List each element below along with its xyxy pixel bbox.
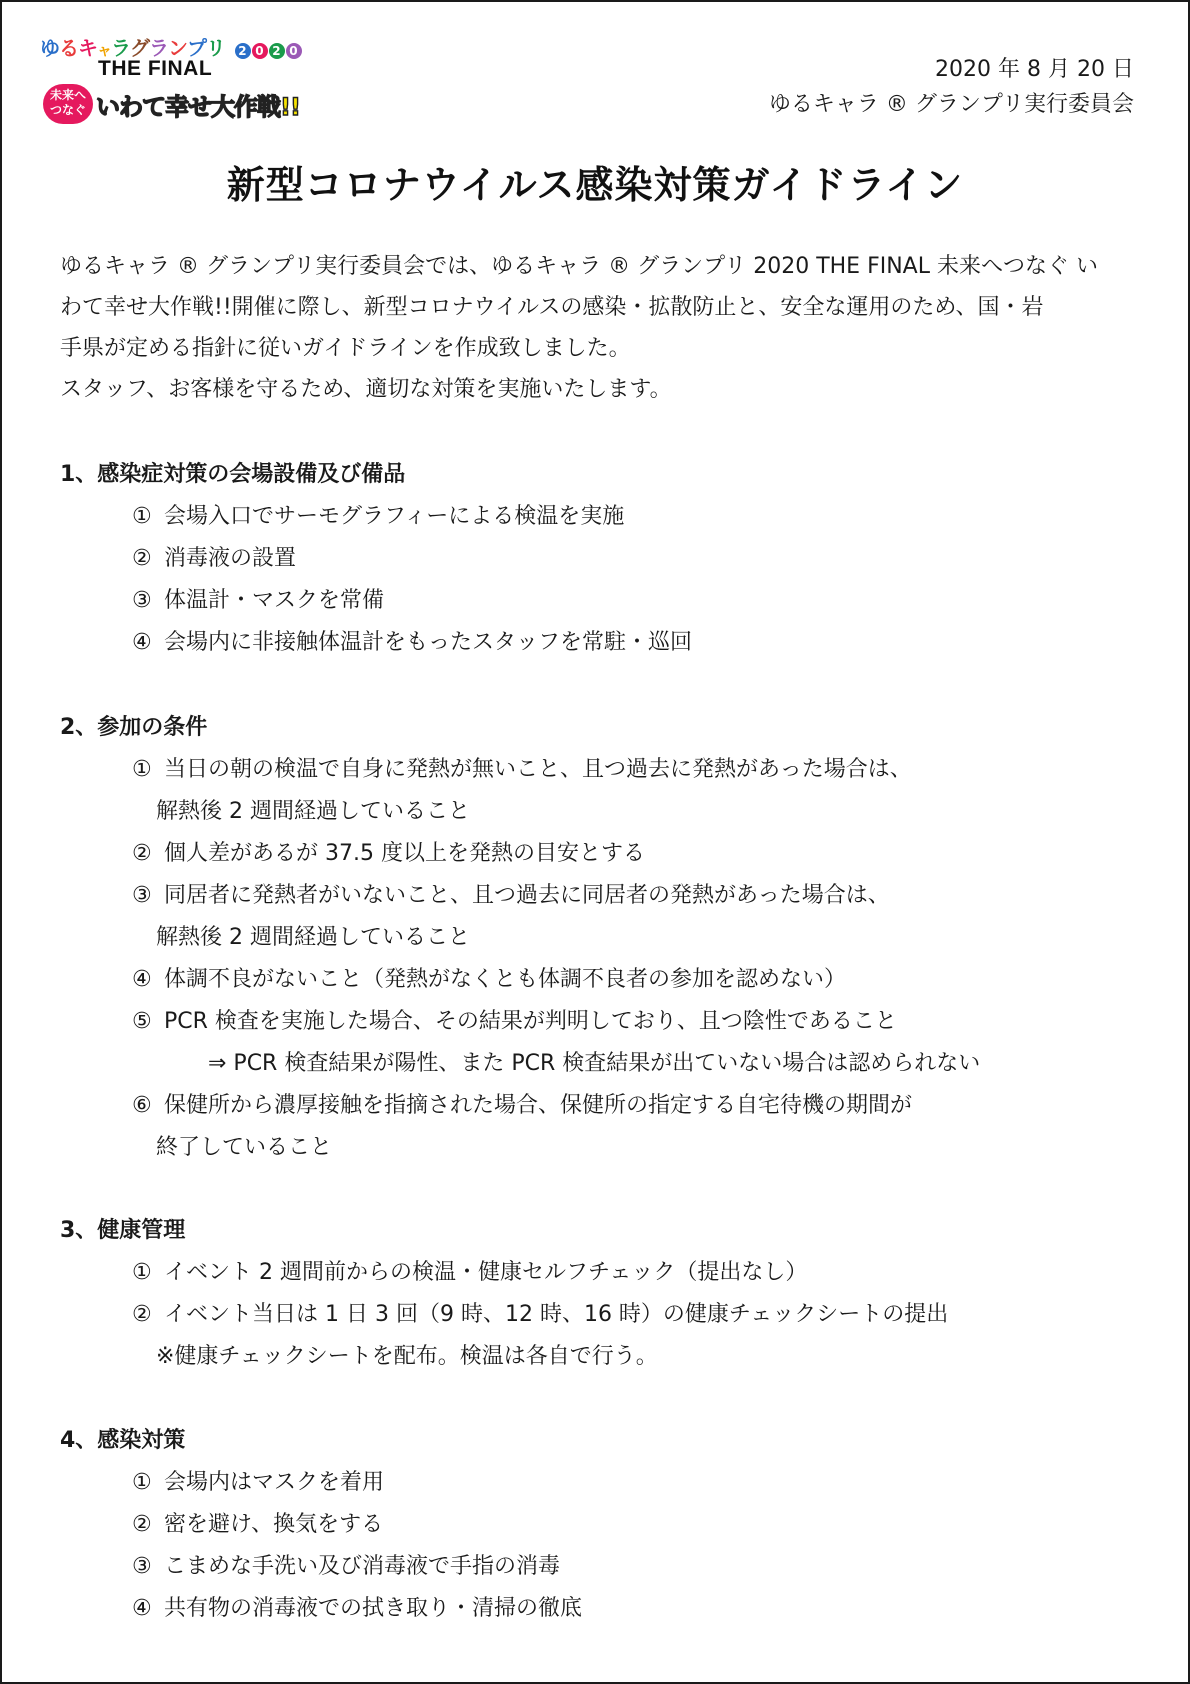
- list-item: ②消毒液の設置: [60, 538, 1140, 580]
- intro-paragraph: ゆるキャラ ® グランプリ実行委員会では、ゆるキャラ ® グランプリ 2020 …: [60, 246, 1140, 410]
- list-item: ①会場内はマスクを着用: [60, 1462, 1140, 1504]
- event-logo: ゆるキャラグランプリ 2020 THE FINAL 未来へ つなぐ いわて幸せ大…: [40, 32, 280, 127]
- logo-speech-bubble: 未来へ つなぐ: [43, 84, 93, 124]
- logo-char: る: [59, 32, 78, 61]
- item-text: 体調不良がないこと（発熱がなくとも体調不良者の参加を認めない）: [164, 967, 846, 992]
- item-text: 個人差があるが 37.5 度以上を発熱の目安とする: [164, 841, 645, 866]
- list-item: ④体調不良がないこと（発熱がなくとも体調不良者の参加を認めない）: [60, 959, 1140, 1001]
- item-continuation: 終了していること: [60, 1127, 1140, 1169]
- document-page: ゆるキャラグランプリ 2020 THE FINAL 未来へ つなぐ いわて幸せ大…: [0, 0, 1190, 1684]
- item-number: ①: [132, 749, 164, 791]
- item-text: イベント 2 週間前からの検温・健康セルフチェック（提出なし）: [164, 1260, 807, 1285]
- list-item: ③こまめな手洗い及び消毒液で手指の消毒: [60, 1546, 1140, 1588]
- intro-line: わて幸せ大作戦!!開催に際し、新型コロナウイルスの感染・拡散防止と、安全な運用の…: [60, 287, 1140, 328]
- year-digit: 0: [286, 43, 302, 59]
- list-item: ⑤PCR 検査を実施した場合、その結果が判明しており、且つ陰性であること: [60, 1001, 1140, 1043]
- item-continuation: 解熱後 2 週間経過していること: [60, 791, 1140, 833]
- item-number: ①: [132, 496, 164, 538]
- item-number: ⑥: [132, 1085, 164, 1127]
- bubble-line: つなぐ: [43, 103, 93, 118]
- logo-year: 2020: [235, 43, 303, 59]
- section-heading: 4、感染対策: [60, 1420, 1140, 1462]
- section-heading: 1、感染症対策の会場設備及び備品: [60, 454, 1140, 496]
- item-note: ⇒ PCR 検査結果が陽性、また PCR 検査結果が出ていない場合は認められない: [60, 1043, 1140, 1085]
- item-number: ⑤: [132, 1001, 164, 1043]
- list-item: ②密を避け、換気をする: [60, 1504, 1140, 1546]
- item-number: ③: [132, 1546, 164, 1588]
- year-digit: 0: [252, 43, 268, 59]
- logo-the-final: THE FINAL: [98, 57, 212, 81]
- item-number: ④: [132, 622, 164, 664]
- item-text: 共有物の消毒液での拭き取り・清掃の徹底: [164, 1596, 582, 1621]
- intro-line: スタッフ、お客様を守るため、適切な対策を実施いたします。: [60, 369, 1140, 410]
- item-text: 当日の朝の検温で自身に発熱が無いこと、且つ過去に発熱があった場合は、: [164, 757, 912, 782]
- item-text: 同居者に発熱者がいないこと、且つ過去に同居者の発熱があった場合は、: [164, 883, 890, 908]
- item-text: PCR 検査を実施した場合、その結果が判明しており、且つ陰性であること: [164, 1009, 897, 1034]
- section-heading: 3、健康管理: [60, 1210, 1140, 1252]
- item-text: 消毒液の設置: [164, 546, 296, 571]
- intro-line: ゆるキャラ ® グランプリ実行委員会では、ゆるキャラ ® グランプリ 2020 …: [60, 246, 1140, 287]
- item-text: 会場内に非接触体温計をもったスタッフを常駐・巡回: [164, 630, 692, 655]
- year-digit: 2: [235, 43, 251, 59]
- item-number: ④: [132, 959, 164, 1001]
- section-infection-control: 4、感染対策 ①会場内はマスクを着用 ②密を避け、換気をする ③こまめな手洗い及…: [60, 1420, 1140, 1630]
- item-number: ③: [132, 875, 164, 917]
- item-text: こまめな手洗い及び消毒液で手指の消毒: [164, 1554, 560, 1579]
- item-continuation: ※健康チェックシートを配布。検温は各自で行う。: [60, 1336, 1140, 1378]
- logo-slogan: いわて幸せ大作戦!!: [96, 87, 300, 122]
- slogan-part: 幸せ: [165, 93, 211, 121]
- list-item: ②イベント当日は 1 日 3 回（9 時、12 時、16 時）の健康チェックシー…: [60, 1294, 1140, 1336]
- logo-char: ゆ: [40, 32, 59, 61]
- list-item: ④共有物の消毒液での拭き取り・清掃の徹底: [60, 1588, 1140, 1630]
- list-item: ④会場内に非接触体温計をもったスタッフを常駐・巡回: [60, 622, 1140, 664]
- section-participation-conditions: 2、参加の条件 ①当日の朝の検温で自身に発熱が無いこと、且つ過去に発熱があった場…: [60, 707, 1140, 1169]
- item-continuation: 解熱後 2 週間経過していること: [60, 917, 1140, 959]
- section-venue-equipment: 1、感染症対策の会場設備及び備品 ①会場入口でサーモグラフィーによる検温を実施 …: [60, 454, 1140, 664]
- bubble-line: 未来へ: [43, 88, 93, 103]
- item-number: ②: [132, 1294, 164, 1336]
- document-date: 2020 年 8 月 20 日: [935, 52, 1134, 83]
- list-item: ①会場入口でサーモグラフィーによる検温を実施: [60, 496, 1140, 538]
- item-text: 会場内はマスクを着用: [164, 1470, 384, 1495]
- section-health-management: 3、健康管理 ①イベント 2 週間前からの検温・健康セルフチェック（提出なし） …: [60, 1210, 1140, 1378]
- item-text: 体温計・マスクを常備: [164, 588, 384, 613]
- section-heading: 2、参加の条件: [60, 707, 1140, 749]
- item-number: ③: [132, 580, 164, 622]
- item-number: ②: [132, 833, 164, 875]
- year-digit: 2: [269, 43, 285, 59]
- item-text: 保健所から濃厚接触を指摘された場合、保健所の指定する自宅待機の期間が: [164, 1093, 912, 1118]
- item-number: ②: [132, 1504, 164, 1546]
- item-text: イベント当日は 1 日 3 回（9 時、12 時、16 時）の健康チェックシート…: [164, 1302, 948, 1327]
- list-item: ①当日の朝の検温で自身に発熱が無いこと、且つ過去に発熱があった場合は、: [60, 749, 1140, 791]
- logo-char: キ: [78, 32, 97, 61]
- list-item: ③同居者に発熱者がいないこと、且つ過去に同居者の発熱があった場合は、: [60, 875, 1140, 917]
- item-text: 会場入口でサーモグラフィーによる検温を実施: [164, 504, 624, 529]
- intro-line: 手県が定める指針に従いガイドラインを作成致しました。: [60, 328, 1140, 369]
- item-number: ④: [132, 1588, 164, 1630]
- issuing-organization: ゆるキャラ ® グランプリ実行委員会: [769, 87, 1134, 118]
- slogan-part: 大作戦!!: [211, 93, 300, 121]
- document-title: 新型コロナウイルス感染対策ガイドライン: [2, 154, 1188, 209]
- item-number: ②: [132, 538, 164, 580]
- list-item: ③体温計・マスクを常備: [60, 580, 1140, 622]
- list-item: ⑥保健所から濃厚接触を指摘された場合、保健所の指定する自宅待機の期間が: [60, 1085, 1140, 1127]
- item-number: ①: [132, 1462, 164, 1504]
- item-text: 密を避け、換気をする: [164, 1512, 383, 1537]
- list-item: ②個人差があるが 37.5 度以上を発熱の目安とする: [60, 833, 1140, 875]
- item-number: ①: [132, 1252, 164, 1294]
- list-item: ①イベント 2 週間前からの検温・健康セルフチェック（提出なし）: [60, 1252, 1140, 1294]
- slogan-part: いわて: [96, 93, 165, 121]
